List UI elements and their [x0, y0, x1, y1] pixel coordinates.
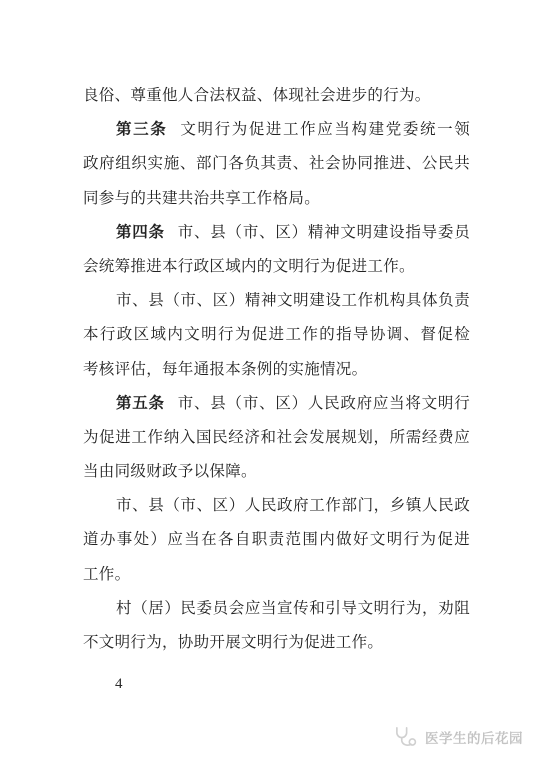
watermark: 医学生的后花园: [392, 722, 523, 752]
text-line: 良俗、尊重他人合法权益、体现社会进步的行为。: [83, 79, 470, 113]
line-text: 本行政区域内文明行为促进工作的指导协调、督促检查、: [83, 326, 470, 352]
text-line: 道办事处）应当在各自职责范围内做好文明行为促进: [83, 523, 470, 557]
text-line: 当由同级财政予以保障。: [83, 455, 470, 489]
document-body: 良俗、尊重他人合法权益、体现社会进步的行为。第三条文明行为促进工作应当构建党委统…: [83, 79, 470, 660]
line-text: 工作。: [83, 566, 130, 583]
line-text: 不文明行为，协助开展文明行为促进工作。: [83, 634, 383, 651]
text-line: 第五条市、县（市、区）人民政府应当将文明行: [83, 387, 470, 421]
text-line: 考核评估，每年通报本条例的实施情况。: [83, 353, 470, 387]
text-line: 第三条文明行为促进工作应当构建党委统一领导、: [83, 113, 470, 147]
line-text: 市、县（市、区）人民政府工作部门，乡镇人民政府（街: [116, 497, 470, 523]
document-page: 良俗、尊重他人合法权益、体现社会进步的行为。第三条文明行为促进工作应当构建党委统…: [0, 0, 538, 762]
text-line: 为促进工作纳入国民经济和社会发展规划，所需经费应: [83, 421, 470, 455]
stethoscope-icon: [392, 724, 418, 750]
text-line: 不文明行为，协助开展文明行为促进工作。: [83, 626, 470, 660]
line-text: 当由同级财政予以保障。: [83, 463, 257, 480]
text-line: 工作。: [83, 558, 470, 592]
line-text: 市、县（市、区）精神文明建设指导委员: [178, 224, 470, 241]
line-text: 为促进工作纳入国民经济和社会发展规划，所需经费应: [83, 429, 470, 446]
text-line: 本行政区域内文明行为促进工作的指导协调、督促检查、: [83, 318, 470, 352]
text-line: 政府组织实施、部门各负其责、社会协同推进、公民共: [83, 147, 470, 181]
line-text: 文明行为促进工作应当构建党委统一领导、: [116, 121, 470, 147]
text-line: 会统筹推进本行政区域内的文明行为促进工作。: [83, 250, 470, 284]
article-number: 第四条: [116, 224, 165, 241]
page-number: 4: [115, 676, 123, 693]
line-text: 良俗、尊重他人合法权益、体现社会进步的行为。: [83, 87, 431, 104]
text-line: 村（居）民委员会应当宣传和引导文明行为，劝阻: [83, 592, 470, 626]
text-line: 同参与的共建共治共享工作格局。: [83, 182, 470, 216]
line-text: 政府组织实施、部门各负其责、社会协同推进、公民共: [83, 155, 470, 172]
line-text: 会统筹推进本行政区域内的文明行为促进工作。: [83, 258, 415, 275]
line-text: 村（居）民委员会应当宣传和引导文明行为，劝阻: [116, 600, 470, 617]
text-line: 第四条市、县（市、区）精神文明建设指导委员: [83, 216, 470, 250]
article-number: 第五条: [116, 395, 165, 412]
line-text: 同参与的共建共治共享工作格局。: [83, 190, 320, 207]
line-text: 市、县（市、区）人民政府应当将文明行: [178, 395, 470, 412]
line-text: 道办事处）应当在各自职责范围内做好文明行为促进: [83, 531, 470, 548]
line-text: 市、县（市、区）精神文明建设工作机构具体负责: [116, 292, 470, 309]
watermark-text: 医学生的后花园: [425, 727, 523, 747]
text-line: 市、县（市、区）人民政府工作部门，乡镇人民政府（街: [83, 489, 470, 523]
text-line: 市、县（市、区）精神文明建设工作机构具体负责: [83, 284, 470, 318]
line-text: 考核评估，每年通报本条例的实施情况。: [83, 361, 367, 378]
article-number: 第三条: [116, 121, 167, 138]
